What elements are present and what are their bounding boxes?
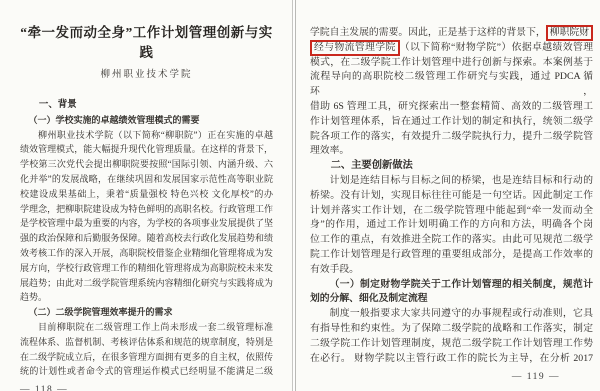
text-line: 学理念，把柳职院建设成为特色鲜明的高职名校。行政管理工作 xyxy=(20,202,273,217)
text-line: 绩效管理模式，能大幅提升现代化管理质量。在这样的背景下， xyxy=(20,142,273,157)
sub-heading-1: （一）学校实施的卓越绩效管理模式的需要 xyxy=(20,113,273,128)
text-line: 计划是连结目标与目标之间的桥梁，也是连结目标和行动的 xyxy=(310,174,593,189)
text-line: 在必行。 财物学院以主管行政工作的院长为主导，在分析 2017 xyxy=(310,352,593,367)
text-line: 目前柳职院在二级管理工作上尚未形成一套二级管理标准 xyxy=(20,320,273,335)
paragraph: 模式，在二级学院工作计划管理中进行创新与探索。本案例基于流程导向的高职院校二级管… xyxy=(310,56,593,160)
text-line: 展方向，学校行政管理工作的精细化管理将成为高职院校未来发 xyxy=(20,261,273,276)
red-annotation-box-1: 柳职院财 xyxy=(546,25,593,41)
paragraph: 计划是连结目标与目标之间的桥梁，也是连结目标和行动的桥梁。没有计划，实现目标往往… xyxy=(310,174,593,278)
page-number-119: — 119 — xyxy=(310,372,593,382)
text-line: 学校第三次党代会提出柳职院要按照“国际引领、内涵升级、六 xyxy=(20,157,273,172)
text-line: 校建设成果基础上，秉着“质量强校 特色兴校 文化厚校”的办 xyxy=(20,187,273,202)
sub-heading-2: （二）二级学院管理效率提升的需求 xyxy=(20,305,273,320)
text-line: 强的政治保障和后勤服务保障。随着高校去行政化发展趋势和绩 xyxy=(20,231,273,246)
text-line: 二级学院工作计划管理制度，规范二级学院工作计划管理工作势 xyxy=(310,337,593,352)
text-line: 经与物流管理学院（以下简称“财物学院”）依据卓越绩效管理 xyxy=(310,41,593,56)
page-118: “牵一发而动全身”工作计划管理创新与实践 柳州职业技术学院 一、背景 （一）学校… xyxy=(20,0,273,391)
text-line: 理效率。 xyxy=(310,144,593,159)
text-line: 模式，在二级学院工作计划管理中进行创新与探索。本案例基于 xyxy=(310,56,593,71)
text-run: （以下简称“财物学院”）依据卓越绩效管理 xyxy=(400,42,593,53)
text-line: 统的计划性或者命令式的管理运作模式已经明显不能满足二级 xyxy=(20,364,273,379)
paragraph: 目前柳职院在二级管理工作上尚未形成一套二级管理标准流程体系、监督机制、考核评估体… xyxy=(20,320,273,379)
text-line: 是学校管理中最为重要的内容，为学校的各项事业发展提供了坚 xyxy=(20,216,273,231)
text-line: 院工作计划管理是行政管理的重要组成部分，是提高工作效率的 xyxy=(310,248,593,263)
text-line: 位工作的重点，有效推进全院工作的落实。由此可见规范二级学 xyxy=(310,233,593,248)
text-line: 化并举”的发展战略，在继续巩固和发展国家示范性高等职业院 xyxy=(20,172,273,187)
text-line: 学院自主发展的需要。因此，正是基于这样的背景下，柳职院财 xyxy=(310,26,593,41)
text-line: （一）制定财物学院关于工作计划管理的相关制度，规范计 xyxy=(310,278,593,293)
text-line: 身”的作用，通过工作计划明确工作的方向和方法，明确各个岗 xyxy=(310,218,593,233)
section-heading-methods: 二、主要创新做法 xyxy=(310,159,593,174)
document-title: “牵一发而动全身”工作计划管理创新与实践 xyxy=(20,23,273,63)
text-line: 桥梁。没有计划，实现目标往往可能是一句空话。因此制定工作 xyxy=(310,189,593,204)
text-line: 展趋势；由此对二级学院管理系统内容精细化研究与实践将成为 xyxy=(20,276,273,291)
text-line: 柳州职业技术学院（以下简称“柳职院”）正在实施的卓越 xyxy=(20,128,273,143)
text-line: 流程导向的高职院校二级管理工作研究与实践，通过 PDCA 循环， xyxy=(310,70,593,100)
text-line: 作计划管理体系，旨在通过工作计划的制定和执行，统领二级学 xyxy=(310,115,593,130)
text-line: 院各项工作的落实，有效提升二级学院执行力，提升二级学院管 xyxy=(310,130,593,145)
text-line: 在二级学院成立后，在很多管理方面拥有更多的自主权，依照传 xyxy=(20,350,273,365)
page-number-118: — 118 — xyxy=(20,385,273,391)
text-line: 有指导性和约束性。为了保障二级学院的战略和工作落实，制定 xyxy=(310,322,593,337)
text-line: 效考核工作的深入开展，高职院校借鉴企业精细化管理将成为发 xyxy=(20,246,273,261)
text-line: 有效手段。 xyxy=(310,263,593,278)
page-119: 学院自主发展的需要。因此，正是基于这样的背景下，柳职院财 经与物流管理学院（以下… xyxy=(310,0,593,382)
page-divider xyxy=(292,0,296,391)
author-affiliation: 柳州职业技术学院 xyxy=(20,66,273,80)
text-line: 趋势。 xyxy=(20,290,273,305)
red-annotation-box-2: 经与物流管理学院 xyxy=(310,40,400,56)
text-line: 计划并落实工作计划，在二级学院管理中能起到“牵一发而动全 xyxy=(310,204,593,219)
scanned-document: “牵一发而动全身”工作计划管理创新与实践 柳州职业技术学院 一、背景 （一）学校… xyxy=(0,0,600,391)
text-line: 制度一般指要求大家共同遵守的办事规程或行动准则，它具 xyxy=(310,307,593,322)
text-line: 划的分解、细化及制定流程 xyxy=(310,292,593,307)
sub-heading-paragraph: （一）制定财物学院关于工作计划管理的相关制度，规范计划的分解、细化及制定流程 xyxy=(310,278,593,308)
text-line: 借助 6S 管理工具，研究探索出一整套精简、高效的二级管理工 xyxy=(310,100,593,115)
text-run: 学院自主发展的需要。因此，正是基于这样的背景下， xyxy=(310,27,546,38)
paragraph: 柳州职业技术学院（以下简称“柳职院”）正在实施的卓越绩效管理模式，能大幅提升现代… xyxy=(20,128,273,306)
section-heading-background: 一、背景 xyxy=(20,98,273,113)
paragraph: 制度一般指要求大家共同遵守的办事规程或行动准则，它具有指导性和约束性。为了保障二… xyxy=(310,307,593,366)
text-line: 流程体系、监督机制、考核评估体系和规范的规章制度，特别是 xyxy=(20,335,273,350)
